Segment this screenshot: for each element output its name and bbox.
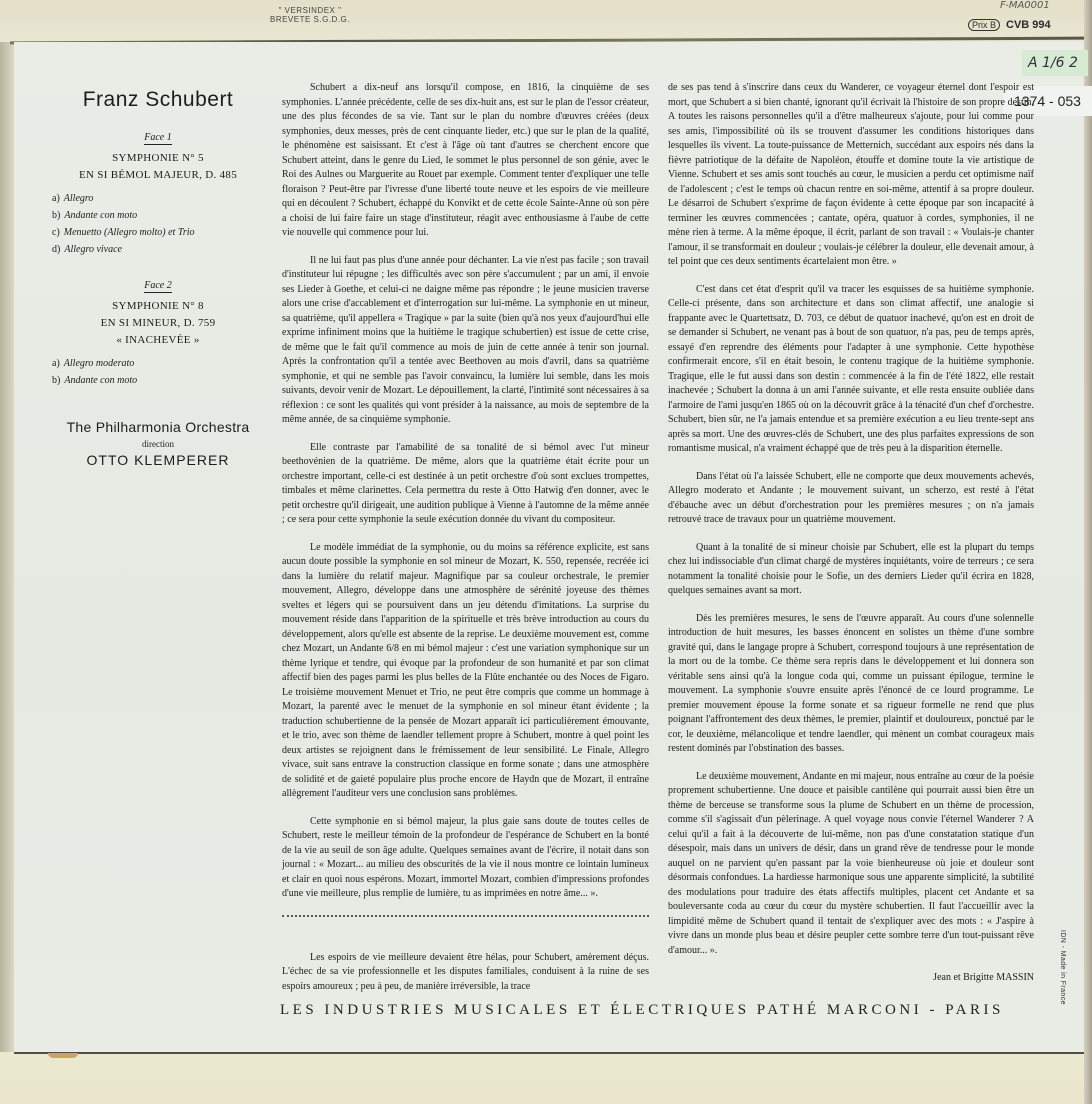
catalog-number: CVB 994: [1006, 19, 1051, 31]
paragraph: Le deuxième mouvement, Andante en mi maj…: [668, 770, 1034, 959]
face-1-block: Face 1 SYMPHONIE N° 5 EN SI BÉMOL MAJEUR…: [52, 132, 264, 258]
movement-item: d)Allegro vivace: [52, 241, 264, 258]
direction-label: direction: [52, 439, 264, 449]
paragraph: Dès les premières mesures, le sens de l'…: [668, 612, 1034, 757]
movement-item: a)Allegro moderato: [52, 355, 264, 372]
paragraph: Les espoirs de vie meilleure devaient êt…: [282, 951, 649, 995]
work-key: EN SI MINEUR, D. 759: [52, 315, 264, 332]
publisher-line: LES INDUSTRIES MUSICALES ET ÉLECTRIQUES …: [280, 1002, 1040, 1019]
movement-list: a)Allegro b)Andante con moto c)Menuetto …: [52, 190, 264, 258]
movement-item: b)Andante con moto: [52, 207, 264, 224]
work-nickname: « INACHEVÉE »: [52, 332, 264, 349]
sleeve-right-edge: [1084, 0, 1092, 1104]
conductor-name: OTTO KLEMPERER: [52, 452, 264, 468]
paragraph: Dans l'état où l'a laissée Schubert, ell…: [668, 470, 1034, 528]
paragraph: Elle contraste par l'amabilité de sa ton…: [282, 441, 649, 528]
paragraph: Quant à la tonalité de si mineur choisie…: [668, 541, 1034, 599]
handwritten-note-top: F-MA0001: [1000, 0, 1050, 11]
price-category-badge: Prix B: [968, 19, 1000, 31]
paragraph: de ses pas tend à s'inscrire dans ceux d…: [668, 81, 1034, 270]
author-signature: Jean et Brigitte MASSIN: [668, 971, 1034, 986]
paragraph: C'est dans cet état d'esprit qu'il va tr…: [668, 283, 1034, 457]
versindex-mark: " VERSINDEX " BREVETE S.G.D.G.: [240, 6, 380, 24]
paragraph: Le modèle immédiat de la symphonie, ou d…: [282, 541, 649, 802]
program-column: Franz Schubert Face 1 SYMPHONIE N° 5 EN …: [52, 88, 264, 468]
composer-title: Franz Schubert: [52, 88, 264, 112]
movement-list: a)Allegro moderato b)Andante con moto: [52, 355, 264, 389]
outer-envelope-top: [0, 0, 1092, 42]
versindex-title: " VERSINDEX ": [240, 6, 380, 15]
orchestra-name: The Philharmonia Orchestra: [52, 419, 264, 435]
work-title: SYMPHONIE N° 8: [52, 298, 264, 315]
paragraph: Schubert a dix-neuf ans lorsqu'il compos…: [282, 81, 649, 241]
face-2-block: Face 2 SYMPHONIE N° 8 EN SI MINEUR, D. 7…: [52, 280, 264, 389]
versindex-patent: BREVETE S.G.D.G.: [240, 15, 380, 24]
movement-item: b)Andante con moto: [52, 372, 264, 389]
work-title: SYMPHONIE N° 5: [52, 150, 264, 167]
movement-item: a)Allegro: [52, 190, 264, 207]
work-key: EN SI BÉMOL MAJEUR, D. 485: [52, 167, 264, 184]
paragraph: Il ne lui faut pas plus d'une année pour…: [282, 254, 649, 428]
liner-notes-column-1: Schubert a dix-neuf ans lorsqu'il compos…: [282, 81, 649, 1007]
dotted-separator: [282, 915, 649, 917]
sleeve-left-edge: [0, 0, 14, 1104]
movement-item: c)Menuetto (Allegro molto) et Trio: [52, 224, 264, 241]
outer-envelope-bottom: [0, 1052, 1092, 1104]
face-label: Face 1: [52, 132, 264, 143]
liner-notes-column-2: de ses pas tend à s'inscrire dans ceux d…: [668, 81, 1034, 986]
catalog-block: Prix B CVB 994: [968, 19, 1051, 31]
face-label: Face 2: [52, 280, 264, 291]
paragraph: Cette symphonie en si bémol majeur, la p…: [282, 815, 649, 902]
handwritten-sticker: A 1/6 2: [1022, 50, 1088, 76]
printer-mark: IDN - Made in France: [1052, 930, 1066, 1010]
